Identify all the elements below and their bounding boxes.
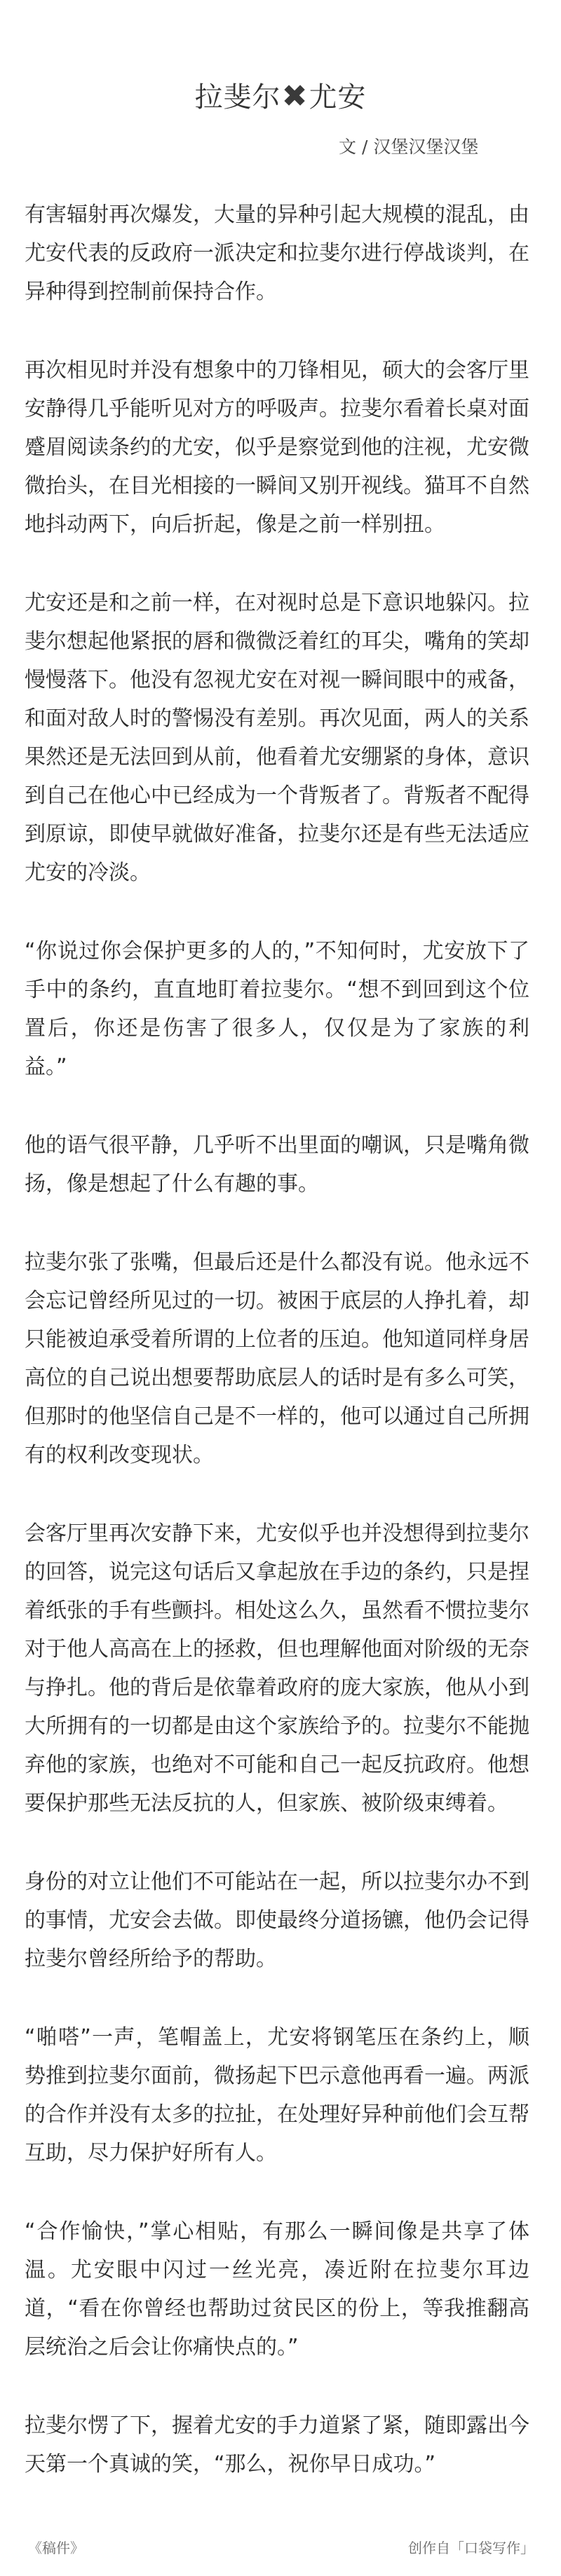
paragraph: 尤安还是和之前一样，在对视时总是下意识地躲闪。拉斐尔想起他紧抿的唇和微微泛着红的…: [25, 584, 529, 892]
article-page: 拉斐尔✖尤安 文 / 汉堡汉堡汉堡 有害辐射再次爆发，大量的异种引起大规模的混乱…: [0, 0, 561, 2576]
paragraph: “合作愉快，”掌心相贴，有那么一瞬间像是共享了体温。尤安眼中闪过一丝光亮，凑近附…: [25, 2212, 529, 2366]
article-body: 有害辐射再次爆发，大量的异种引起大规模的混乱，由尤安代表的反政府一派决定和拉斐尔…: [25, 196, 529, 2483]
cross-icon: ✖: [282, 80, 309, 114]
paragraph: 他的语气很平静，几乎听不出里面的嘲讽，只是嘴角微扬，像是想起了什么有趣的事。: [25, 1126, 529, 1203]
paragraph: 会客厅里再次安静下来，尤安似乎也并没想得到拉斐尔的回答，说完这句话后又拿起放在手…: [25, 1514, 529, 1823]
paragraph: “啪嗒”一声，笔帽盖上，尤安将钢笔压在条约上，顺势推到拉斐尔面前，微扬起下巴示意…: [25, 2018, 529, 2172]
title-right-name: 尤安: [309, 81, 366, 114]
paragraph: 拉斐尔张了张嘴，但最后还是什么都没有说。他永远不会忘记曾经所见过的一切。被困于底…: [25, 1243, 529, 1474]
created-with-label: 创作自「口袋写作」: [408, 2538, 534, 2558]
source-label: 《稿件》: [28, 2538, 84, 2558]
author-byline: 文 / 汉堡汉堡汉堡: [339, 137, 478, 158]
article-title: 拉斐尔✖尤安: [0, 80, 561, 114]
paragraph: 有害辐射再次爆发，大量的异种引起大规模的混乱，由尤安代表的反政府一派决定和拉斐尔…: [25, 196, 529, 311]
paragraph: “你说过你会保护更多的人的，”不知何时，尤安放下了手中的条约，直直地盯着拉斐尔。…: [25, 932, 529, 1086]
paragraph: 再次相见时并没有想象中的刀锋相见，硕大的会客厅里安静得几乎能听见对方的呼吸声。拉…: [25, 351, 529, 544]
title-left-name: 拉斐尔: [195, 81, 281, 114]
article-footer: 《稿件》 创作自「口袋写作」: [28, 2538, 534, 2558]
paragraph: 拉斐尔愣了下，握着尤安的手力道紧了紧，随即露出今天第一个真诚的笑，“那么，祝你早…: [25, 2406, 529, 2483]
paragraph: 身份的对立让他们不可能站在一起，所以拉斐尔办不到的事情，尤安会去做。即使最终分道…: [25, 1863, 529, 1978]
